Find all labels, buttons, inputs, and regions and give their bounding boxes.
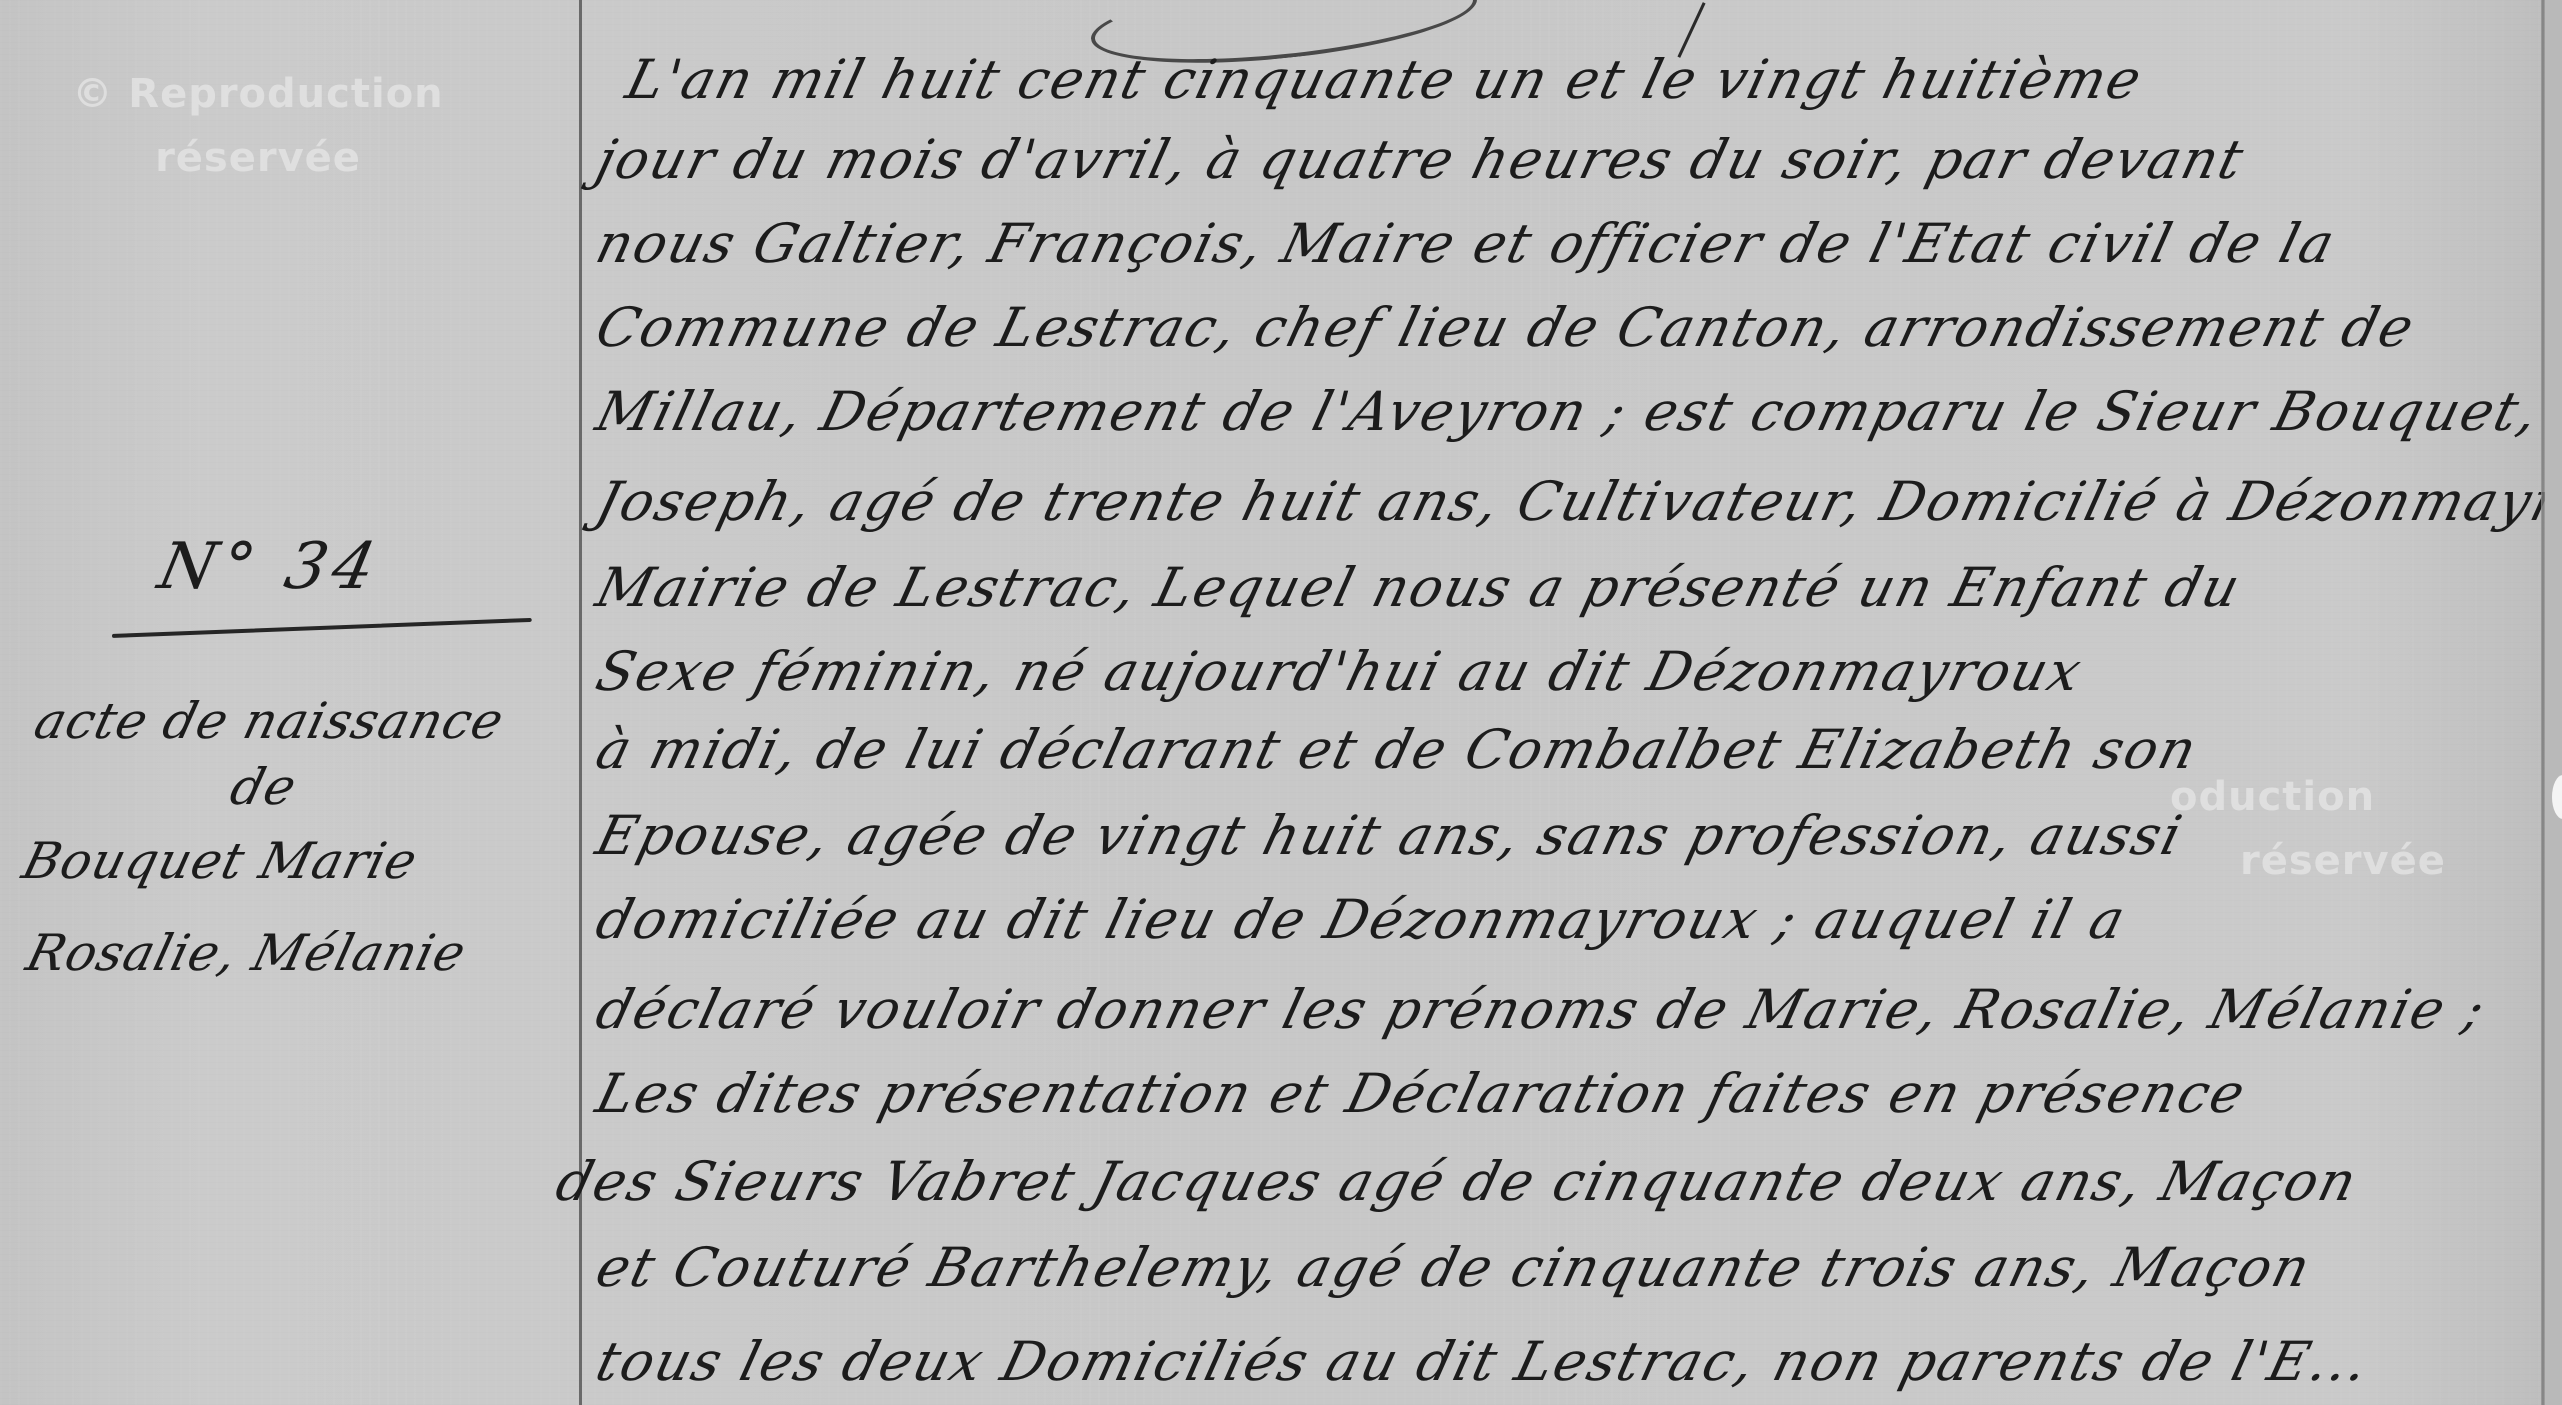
- margin-line: Rosalie, Mélanie: [21, 924, 472, 982]
- margin-line: acte de naissance: [29, 692, 510, 750]
- body-line: Millau, Département de l'Aveyron ; est c…: [590, 380, 2546, 443]
- margin-line: Bouquet Marie: [17, 832, 424, 890]
- body-line: nous Galtier, François, Maire et officie…: [590, 212, 2342, 275]
- watermark-line-1: oduction: [2170, 765, 2562, 829]
- margin-line: de: [225, 758, 303, 816]
- margin-column: N° 34 acte de naissance de Bouquet Marie…: [0, 0, 575, 1405]
- body-line: des Sieurs Vabret Jacques agé de cinquan…: [550, 1150, 2364, 1213]
- body-line: tous les deux Domiciliés au dit Lestrac,…: [590, 1330, 2376, 1393]
- body-line: et Couturé Barthelemy, agé de cinquante …: [590, 1236, 2318, 1299]
- body-line: Les dites présentation et Déclaration fa…: [590, 1062, 2253, 1125]
- body-line: Epouse, agée de vingt huit ans, sans pro…: [590, 804, 2190, 867]
- body-line: Sexe féminin, né aujourd'hui au dit Dézo…: [590, 640, 2089, 703]
- body-line: à midi, de lui déclarant et de Combalbet…: [590, 718, 2205, 781]
- body-line: domiciliée au dit lieu de Dézonmayroux ;…: [590, 888, 2133, 951]
- body-line: Commune de Lestrac, chef lieu de Canton,…: [590, 296, 2422, 359]
- body-line: déclaré vouloir donner les prénoms de Ma…: [590, 978, 2493, 1041]
- body-line: Joseph, agé de trente huit ans, Cultivat…: [590, 470, 2562, 533]
- body-line: Mairie de Lestrac, Lequel nous a présent…: [590, 556, 2248, 619]
- document-scan: © Reproduction réservée N° 34 acte de na…: [0, 0, 2562, 1405]
- watermark-right: oduction réservée: [2170, 765, 2562, 893]
- act-number-underline: [112, 618, 532, 638]
- body-line: L'an mil huit cent cinquante un et le vi…: [620, 48, 2149, 111]
- body-line: jour du mois d'avril, à quatre heures du…: [590, 128, 2251, 191]
- act-number: N° 34: [152, 530, 388, 604]
- watermark-line-2: réservée: [2170, 829, 2562, 893]
- page-binding-strip: [2545, 0, 2562, 1405]
